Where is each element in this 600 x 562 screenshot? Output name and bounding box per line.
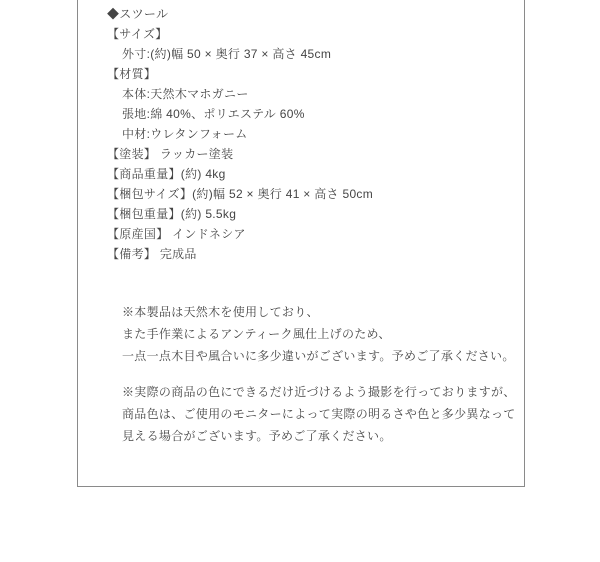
spec-line: 【原産国】 インドネシア xyxy=(107,224,514,244)
spec-line: 中材:ウレタンフォーム xyxy=(107,124,514,144)
note-line: また手作業によるアンティーク風仕上げのため、 xyxy=(122,323,514,345)
note-monitor-color-disclaimer: ※実際の商品の色にできるだけ近づけるよう撮影を行っておりますが、商品色は、ご使用… xyxy=(107,381,514,447)
spec-list: 【サイズ】外寸:(約)幅 50 × 奥行 37 × 高さ 45cm【材質】本体:… xyxy=(107,24,514,264)
product-spec-box: ◆スツール 【サイズ】外寸:(約)幅 50 × 奥行 37 × 高さ 45cm【… xyxy=(77,0,525,487)
note-natural-wood-disclaimer: ※本製品は天然木を使用しており、また手作業によるアンティーク風仕上げのため、一点… xyxy=(107,301,514,367)
spec-line: 【サイズ】 xyxy=(107,24,514,44)
spec-line: 張地:綿 40%、ポリエステル 60% xyxy=(107,104,514,124)
note-line: 商品色は、ご使用のモニターによって実際の明るさや色と多少異なって xyxy=(122,403,514,425)
note-line: ※本製品は天然木を使用しており、 xyxy=(122,301,514,323)
spec-line: 【梱包重量】(約) 5.5kg xyxy=(107,204,514,224)
spec-line: 【塗装】 ラッカー塗装 xyxy=(107,144,514,164)
spec-line: 【備考】 完成品 xyxy=(107,244,514,264)
note-line: 見える場合がございます。予めご了承ください。 xyxy=(122,425,514,447)
spec-line: 【梱包サイズ】(約)幅 52 × 奥行 41 × 高さ 50cm xyxy=(107,184,514,204)
spec-line: 外寸:(約)幅 50 × 奥行 37 × 高さ 45cm xyxy=(107,44,514,64)
spec-line: 【材質】 xyxy=(107,64,514,84)
page: ◆スツール 【サイズ】外寸:(約)幅 50 × 奥行 37 × 高さ 45cm【… xyxy=(0,0,600,562)
spec-line: 本体:天然木マホガニー xyxy=(107,84,514,104)
spec-line: 【商品重量】(約) 4kg xyxy=(107,164,514,184)
note-line: 一点一点木目や風合いに多少違いがございます。予めご了承ください。 xyxy=(122,345,514,367)
product-heading: ◆スツール xyxy=(107,4,514,24)
note-line: ※実際の商品の色にできるだけ近づけるよう撮影を行っておりますが、 xyxy=(122,381,514,403)
